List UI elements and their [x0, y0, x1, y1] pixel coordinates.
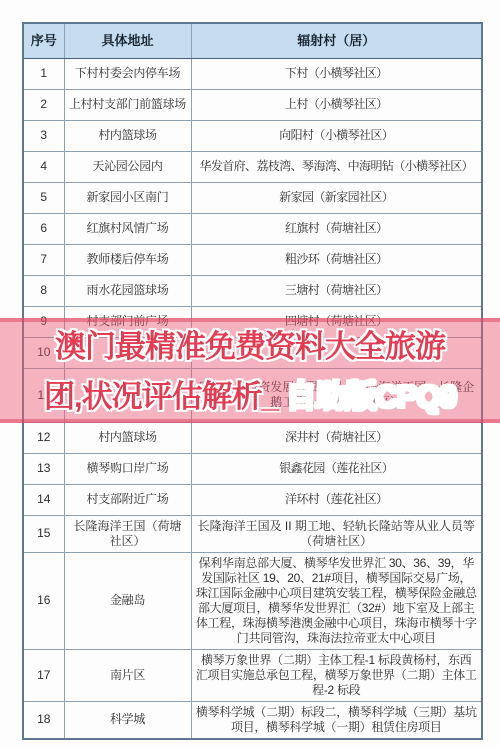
table-row: 5新家园小区南门新家园（新家园社区） [23, 182, 482, 213]
served-villages-cell: 横琴万象世界（二期）主体工程-1 标段黄杨村，东西汇项目实施总承包工程，横琴万象… [191, 649, 482, 701]
address-cell: 村内篮球场 [64, 120, 191, 151]
table-row: 13横琴购口岸广场银鑫花园（莲花社区） [23, 453, 482, 484]
row-index-cell: 8 [23, 275, 64, 306]
address-cell: 村内篮球场 [64, 422, 191, 453]
served-villages-cell: 横琴科学城（二期）标段二，横琴科学城（三期）基坑项目，横琴科学城（一期）租赁住房… [191, 701, 482, 739]
served-villages-cell: 红旗村（荷塘社区） [191, 213, 482, 244]
header-row: 序号 具体地址 辐射村（居） [23, 23, 482, 58]
screenshot-root: 序号 具体地址 辐射村（居） 1下村村委会内停车场下村（小横琴社区）2上村村支部… [0, 0, 500, 746]
row-index-cell: 12 [23, 422, 64, 453]
table-row: 10 [23, 337, 482, 368]
col-header-served: 辐射村（居） [191, 23, 482, 58]
row-index-cell: 15 [23, 515, 64, 552]
served-villages-cell: 粗沙环（荷塘社区） [191, 244, 482, 275]
row-index-cell: 3 [23, 120, 64, 151]
table-row: 3村内篮球场向阳村（小横琴社区） [23, 120, 482, 151]
table-row: 18科学城横琴科学城（二期）标段二，横琴科学城（三期）基坑项目，横琴科学城（一期… [23, 701, 482, 739]
served-villages-cell [191, 337, 482, 368]
served-villages-cell: 银鑫花园（莲花社区） [191, 453, 482, 484]
address-cell: 下村村委会内停车场 [64, 58, 191, 89]
address-cell: 金融岛 [64, 552, 191, 649]
table-row: 7教师楼后停车场粗沙环（荷塘社区） [23, 244, 482, 275]
row-index-cell: 7 [23, 244, 64, 275]
col-header-index: 序号 [23, 23, 64, 58]
sites-table: 序号 具体地址 辐射村（居） 1下村村委会内停车场下村（小横琴社区）2上村村支部… [22, 22, 483, 740]
address-cell [64, 337, 191, 368]
table-row: 15长隆海洋王国（荷塘社区）长隆海洋王国及 II 期工地、轻轨长隆站等从业人员等… [23, 515, 482, 552]
row-index-cell: 6 [23, 213, 64, 244]
table-row: 12村内篮球场深井村（荷塘社区） [23, 422, 482, 453]
address-cell: 科学城 [64, 701, 191, 739]
address-cell [64, 368, 191, 422]
address-cell: 新家园小区南门 [64, 182, 191, 213]
table-body: 1下村村委会内停车场下村（小横琴社区）2上村村支部门前篮球场上村（小横琴社区）3… [23, 58, 482, 739]
table-row: 6红旗村风情广场红旗村（荷塘社区） [23, 213, 482, 244]
row-index-cell: 18 [23, 701, 64, 739]
address-cell: 村支部门前广场 [64, 306, 191, 337]
table-row: 11珠海长隆投资发展有限公司（长隆海洋王国、长隆企鹅工作人员（荷塘社区） [23, 368, 482, 422]
served-villages-cell: 洋环村（莲花社区） [191, 484, 482, 515]
address-cell: 横琴购口岸广场 [64, 453, 191, 484]
row-index-cell: 5 [23, 182, 64, 213]
table-row: 14村支部附近广场洋环村（莲花社区） [23, 484, 482, 515]
table-row: 9村支部门前广场四塘村（荷塘社区） [23, 306, 482, 337]
row-index-cell: 17 [23, 649, 64, 701]
table-row: 8雨水花园篮球场三塘村（荷塘社区） [23, 275, 482, 306]
row-index-cell: 9 [23, 306, 64, 337]
row-index-cell: 10 [23, 337, 64, 368]
served-villages-cell: 保利华南总部大厦、横琴华发世界汇 30、36、39，华发国际社区 19、20、2… [191, 552, 482, 649]
row-index-cell: 16 [23, 552, 64, 649]
address-cell: 红旗村风情广场 [64, 213, 191, 244]
served-villages-cell: 华发首府、荔枝湾、琴海湾、中海明钻（小横琴社区） [191, 151, 482, 182]
served-villages-cell: 四塘村（荷塘社区） [191, 306, 482, 337]
row-index-cell: 4 [23, 151, 64, 182]
address-cell: 上村村支部门前篮球场 [64, 89, 191, 120]
address-cell: 雨水花园篮球场 [64, 275, 191, 306]
served-villages-cell: 深井村（荷塘社区） [191, 422, 482, 453]
served-villages-cell: 上村（小横琴社区） [191, 89, 482, 120]
table-row: 16金融岛保利华南总部大厦、横琴华发世界汇 30、36、39，华发国际社区 19… [23, 552, 482, 649]
served-villages-cell: 三塘村（荷塘社区） [191, 275, 482, 306]
address-cell: 长隆海洋王国（荷塘社区） [64, 515, 191, 552]
served-villages-cell: 向阳村（小横琴社区） [191, 120, 482, 151]
row-index-cell: 14 [23, 484, 64, 515]
table-header: 序号 具体地址 辐射村（居） [23, 23, 482, 58]
col-header-address: 具体地址 [64, 23, 191, 58]
address-cell: 天沁园公园内 [64, 151, 191, 182]
table-row: 17南片区横琴万象世界（二期）主体工程-1 标段黄杨村，东西汇项目实施总承包工程… [23, 649, 482, 701]
table-row: 1下村村委会内停车场下村（小横琴社区） [23, 58, 482, 89]
served-villages-cell: 长隆海洋王国及 II 期工地、轻轨长隆站等从业人员等（荷塘社区） [191, 515, 482, 552]
address-cell: 教师楼后停车场 [64, 244, 191, 275]
served-villages-cell: 新家园（新家园社区） [191, 182, 482, 213]
address-cell: 南片区 [64, 649, 191, 701]
table-row: 4天沁园公园内华发首府、荔枝湾、琴海湾、中海明钻（小横琴社区） [23, 151, 482, 182]
row-index-cell: 1 [23, 58, 64, 89]
row-index-cell: 11 [23, 368, 64, 422]
address-cell: 村支部附近广场 [64, 484, 191, 515]
table-row: 2上村村支部门前篮球场上村（小横琴社区） [23, 89, 482, 120]
row-index-cell: 13 [23, 453, 64, 484]
served-villages-cell: 下村（小横琴社区） [191, 58, 482, 89]
served-villages-cell: 珠海长隆投资发展有限公司（长隆海洋王国、长隆企鹅工作人员（荷塘社区） [191, 368, 482, 422]
row-index-cell: 2 [23, 89, 64, 120]
